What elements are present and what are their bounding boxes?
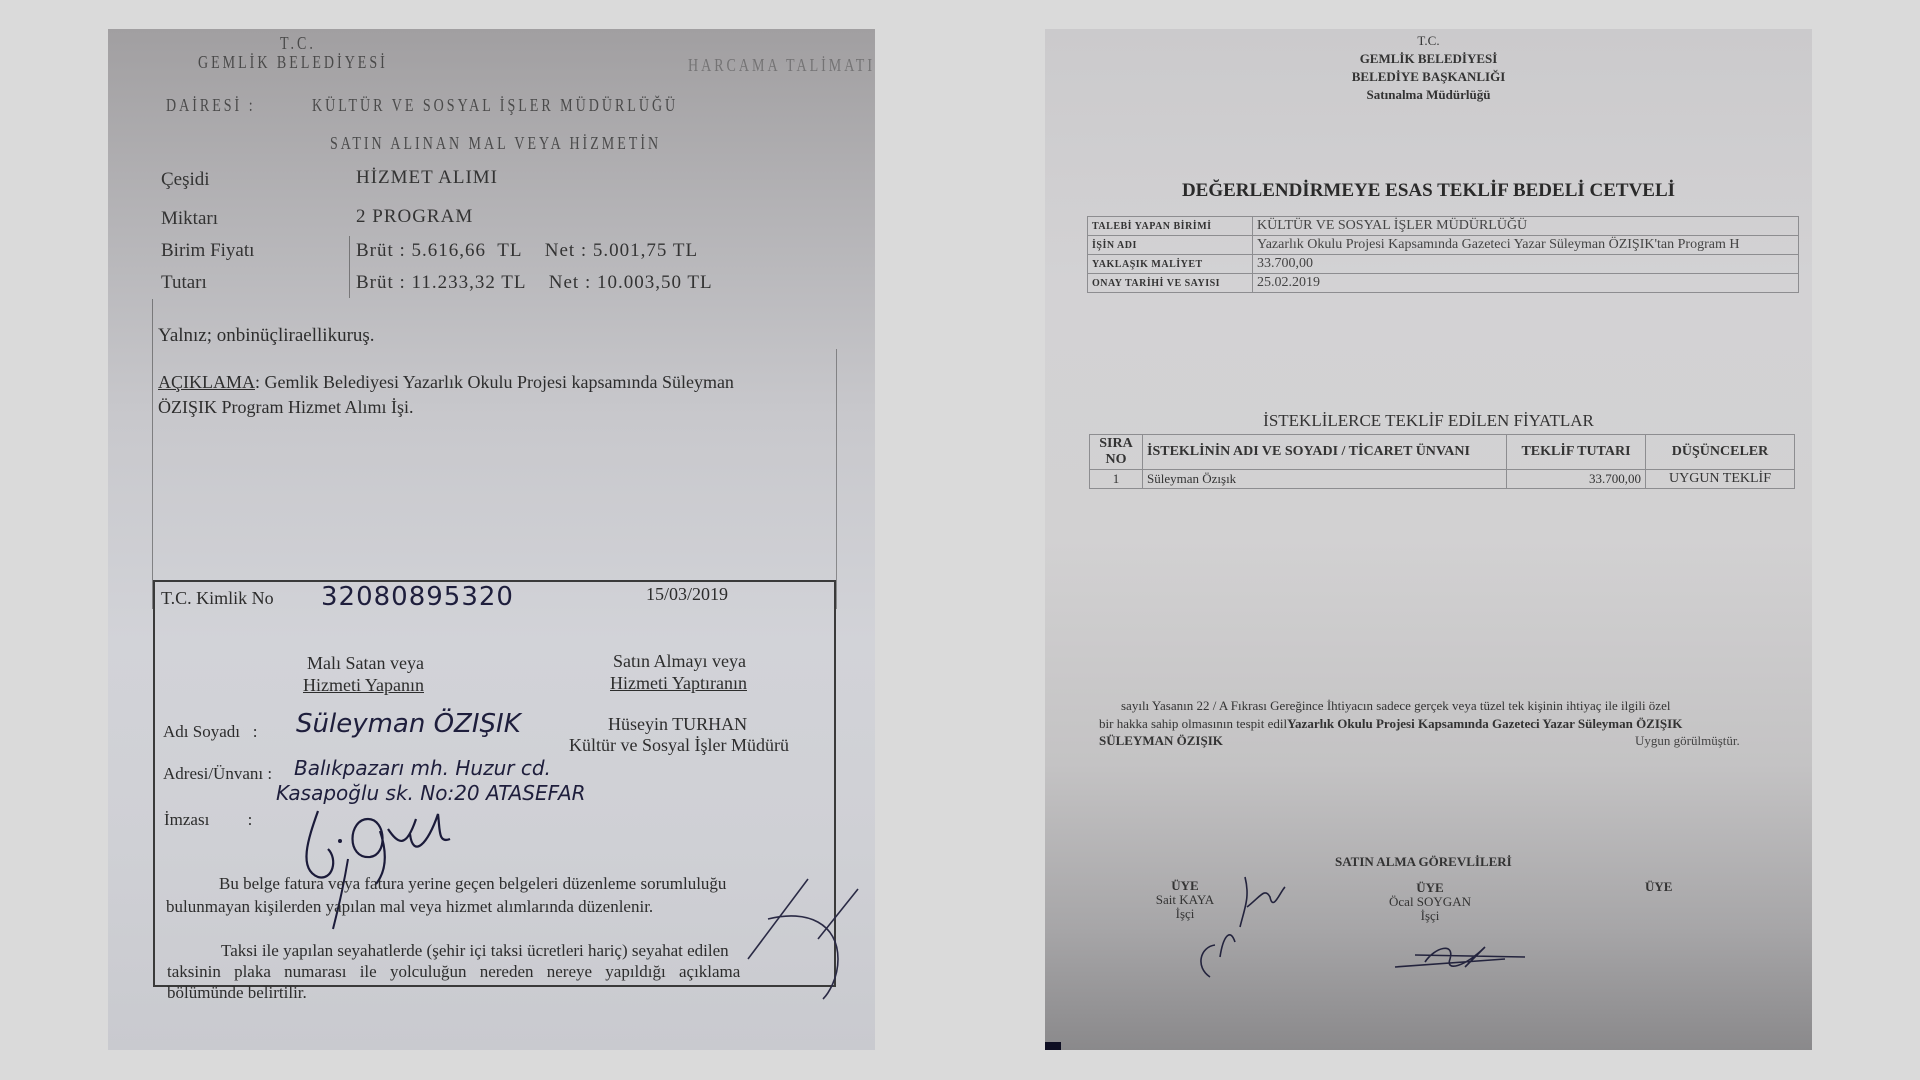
legal-line3-name: SÜLEYMAN ÖZIŞIK bbox=[1099, 733, 1223, 749]
left-header-form-title: HARCAMA TALİMATI bbox=[688, 57, 875, 77]
right-header-mayoralty: BELEDİYE BAŞKANLIĞI bbox=[1045, 68, 1812, 86]
buyer-heading-1: Satın Almayı veya bbox=[613, 651, 746, 672]
field-value-total: Brüt : 11.233,32 TL Net : 10.003,50 TL bbox=[356, 272, 713, 294]
approval-stamp-mark bbox=[728, 869, 875, 999]
seller-heading-2: Hizmeti Yapanın bbox=[303, 675, 424, 696]
buyer-name: Hüseyin TURHAN bbox=[608, 714, 747, 735]
document-title: DEĞERLENDİRMEYE ESAS TEKLİF BEDELİ CETVE… bbox=[1045, 180, 1812, 202]
address-label: Adresi/Ünvanı : bbox=[163, 764, 272, 784]
field-label-total: Tutarı bbox=[161, 272, 207, 294]
section-title: SATIN ALINAN MAL VEYA HİZMETİN bbox=[330, 135, 661, 155]
info-row: TALEBİ YAPAN BİRİMİKÜLTÜR VE SOSYAL İŞLE… bbox=[1088, 217, 1799, 236]
description-line2: ÖZIŞIK Program Hizmet Alımı İşi. bbox=[158, 397, 413, 418]
note2-line3: bölümünde belirtilir. bbox=[167, 983, 307, 1003]
signature-label: İmzası : bbox=[164, 810, 252, 830]
table-row: 1 Süleyman Özışık 33.700,00 UYGUN TEKLİF bbox=[1090, 470, 1795, 489]
right-header: T.C. GEMLİK BELEDİYESİ BELEDİYE BAŞKANLI… bbox=[1045, 32, 1812, 104]
member-1-signature bbox=[1185, 867, 1295, 987]
bids-header-row: SIRA NO İSTEKLİNİN ADI VE SOYADI / TİCAR… bbox=[1090, 435, 1795, 470]
info-row: YAKLAŞIK MALİYET33.700,00 bbox=[1088, 255, 1799, 274]
note2-line2: taksinin plaka numarası ile yolculuğun n… bbox=[167, 962, 740, 982]
left-header-tc: T.C. bbox=[280, 35, 316, 55]
bid-evaluation-document: T.C. GEMLİK BELEDİYESİ BELEDİYE BAŞKANLI… bbox=[1045, 29, 1812, 1050]
department-value: KÜLTÜR VE SOSYAL İŞLER MÜDÜRLÜĞÜ bbox=[312, 97, 678, 117]
right-header-directorate: Satınalma Müdürlüğü bbox=[1045, 86, 1812, 104]
member-2: ÜYE Öcal SOYGAN İşçi bbox=[1375, 881, 1485, 923]
right-margin-line bbox=[836, 349, 837, 609]
seller-heading-1: Malı Satan veya bbox=[307, 653, 424, 674]
id-label: T.C. Kimlik No bbox=[161, 588, 274, 609]
department-label: DAİRESİ : bbox=[166, 97, 256, 117]
field-value-type: HİZMET ALIMI bbox=[356, 167, 498, 189]
legal-line3-approval: Uygun görülmüştür. bbox=[1635, 733, 1740, 749]
note2-line1: Taksi ile yapılan seyahatlerde (şehir iç… bbox=[221, 941, 729, 961]
committee-title: SATIN ALMA GÖREVLİLERİ bbox=[1335, 854, 1512, 870]
info-row: İŞİN ADIYazarlık Okulu Projesi Kapsamınd… bbox=[1088, 236, 1799, 255]
right-header-municipality: GEMLİK BELEDİYESİ bbox=[1045, 50, 1812, 68]
scan-edge-mark bbox=[1045, 1042, 1061, 1050]
left-header-municipality: GEMLİK BELEDİYESİ bbox=[198, 54, 388, 74]
left-margin-line bbox=[152, 299, 153, 609]
id-value: 32080895320 bbox=[321, 582, 514, 612]
name-label: Adı Soyadı : bbox=[163, 722, 257, 742]
note1-line1: Bu belge fatura veya fatura yerine geçen… bbox=[219, 874, 726, 894]
buyer-heading-2: Hizmeti Yaptıranın bbox=[610, 673, 747, 694]
field-divider bbox=[349, 236, 350, 298]
description-text: : Gemlik Belediyesi Yazarlık Okulu Proje… bbox=[255, 372, 734, 392]
field-label-unit-price: Birim Fiyatı bbox=[161, 240, 254, 262]
description-label: AÇIKLAMA bbox=[158, 372, 255, 392]
field-value-quantity: 2 PROGRAM bbox=[356, 206, 473, 228]
legal-line2: bir hakka sahip olmasının tespit edilYaz… bbox=[1099, 716, 1682, 732]
buyer-title: Kültür ve Sosyal İşler Müdürü bbox=[569, 735, 789, 756]
amount-in-words: Yalnız; onbinüçliraellikuruş. bbox=[158, 325, 375, 347]
document-date: 15/03/2019 bbox=[646, 584, 728, 605]
note1-line2: bulunmayan kişilerden yapılan mal veya h… bbox=[166, 897, 653, 917]
expense-receipt-document: T.C. GEMLİK BELEDİYESİ HARCAMA TALİMATI … bbox=[108, 29, 875, 1050]
legal-line1: sayılı Yasanın 22 / A Fıkrası Gereğince … bbox=[1121, 698, 1670, 714]
member-3: ÜYE bbox=[1645, 879, 1672, 895]
info-row: ONAY TARİHİ VE SAYISI25.02.2019 bbox=[1088, 274, 1799, 293]
seller-name-handwritten: Süleyman ÖZIŞIK bbox=[296, 709, 521, 739]
description-line1: AÇIKLAMA: Gemlik Belediyesi Yazarlık Oku… bbox=[158, 372, 734, 393]
field-label-type: Çeşidi bbox=[161, 169, 210, 191]
member-2-signature bbox=[1395, 937, 1545, 977]
right-header-tc: T.C. bbox=[1045, 32, 1812, 50]
field-label-quantity: Miktarı bbox=[161, 208, 218, 230]
request-info-table: TALEBİ YAPAN BİRİMİKÜLTÜR VE SOSYAL İŞLE… bbox=[1087, 216, 1799, 293]
address-line1: Balıkpazarı mh. Huzur cd. bbox=[294, 756, 551, 780]
field-value-unit-price: Brüt : 5.616,66 TL Net : 5.001,75 TL bbox=[356, 240, 698, 262]
bids-table: SIRA NO İSTEKLİNİN ADI VE SOYADI / TİCAR… bbox=[1089, 434, 1795, 489]
bids-title: İSTEKLİLERCE TEKLİF EDİLEN FİYATLAR bbox=[1045, 411, 1812, 431]
